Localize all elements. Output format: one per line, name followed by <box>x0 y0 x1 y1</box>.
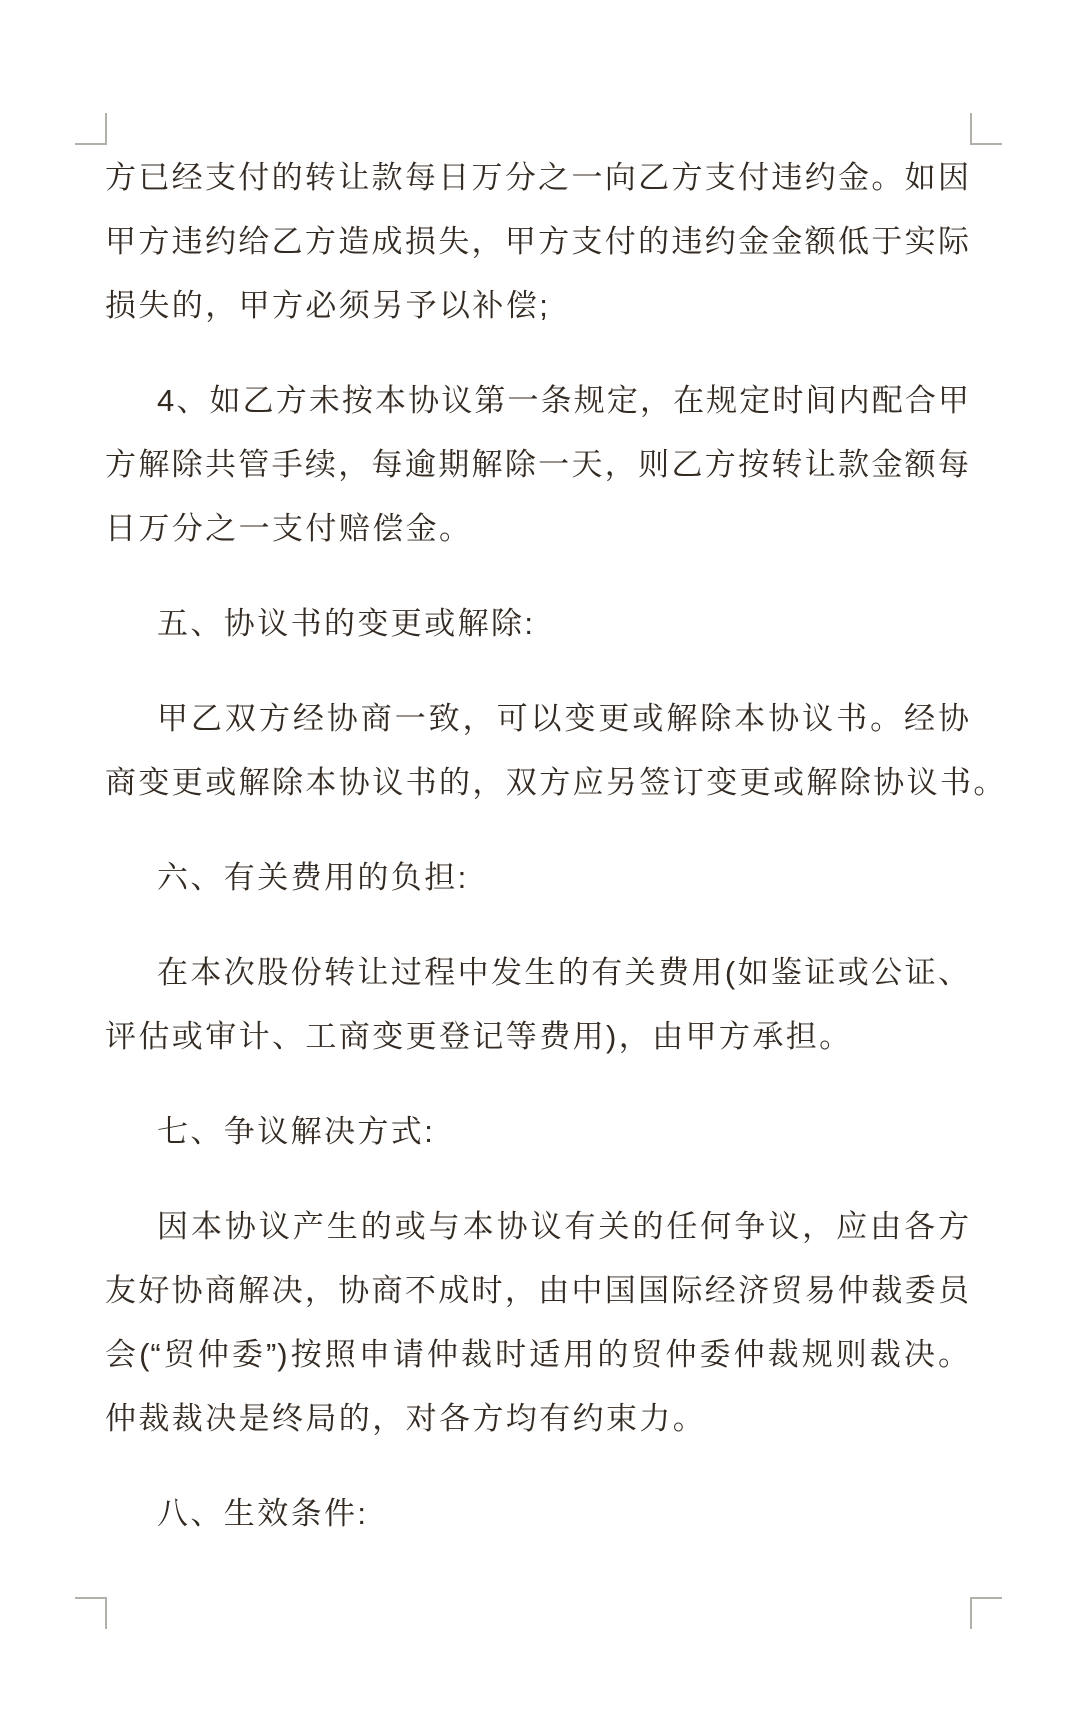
crop-mark-top-right <box>970 113 1002 145</box>
text-line: 商变更或解除本协议书的，双方应另签订变更或解除协议书。 <box>105 751 970 815</box>
text-line: 甲乙双方经协商一致，可以变更或解除本协议书。经协 <box>105 687 970 751</box>
text-line: 六、有关费用的负担: <box>105 846 970 910</box>
text-line: 会(“贸仲委”)按照申请仲裁时适用的贸仲委仲裁规则裁决。 <box>105 1323 970 1387</box>
crop-mark-bottom-right <box>970 1597 1002 1629</box>
text-line: 友好协商解决，协商不成时，由中国国际经济贸易仲裁委员 <box>105 1259 970 1323</box>
paragraph: 方已经支付的转让款每日万分之一向乙方支付违约金。如因甲方违约给乙方造成损失，甲方… <box>105 146 970 338</box>
text-line: 仲裁裁决是终局的，对各方均有约束力。 <box>105 1387 970 1451</box>
text-line: 七、争议解决方式: <box>105 1100 970 1164</box>
text-line: 八、生效条件: <box>105 1482 970 1546</box>
document-page: 方已经支付的转让款每日万分之一向乙方支付违约金。如因甲方违约给乙方造成损失，甲方… <box>0 0 1080 1714</box>
document-body: 方已经支付的转让款每日万分之一向乙方支付违约金。如因甲方违约给乙方造成损失，甲方… <box>105 146 970 1546</box>
paragraph: 六、有关费用的负担: <box>105 846 970 910</box>
text-line: 因本协议产生的或与本协议有关的任何争议，应由各方 <box>105 1195 970 1259</box>
paragraph: 4、如乙方未按本协议第一条规定，在规定时间内配合甲方解除共管手续，每逾期解除一天… <box>105 369 970 561</box>
crop-mark-bottom-left <box>75 1597 107 1629</box>
paragraph: 八、生效条件: <box>105 1482 970 1546</box>
paragraph: 因本协议产生的或与本协议有关的任何争议，应由各方友好协商解决，协商不成时，由中国… <box>105 1195 970 1451</box>
text-line: 甲方违约给乙方造成损失，甲方支付的违约金金额低于实际 <box>105 210 970 274</box>
paragraph: 在本次股份转让过程中发生的有关费用(如鉴证或公证、评估或审计、工商变更登记等费用… <box>105 941 970 1069</box>
text-line: 五、协议书的变更或解除: <box>105 592 970 656</box>
text-line: 评估或审计、工商变更登记等费用)，由甲方承担。 <box>105 1005 970 1069</box>
text-line: 方解除共管手续，每逾期解除一天，则乙方按转让款金额每 <box>105 433 970 497</box>
text-line: 4、如乙方未按本协议第一条规定，在规定时间内配合甲 <box>105 369 970 433</box>
crop-mark-top-left <box>75 113 107 145</box>
text-line: 方已经支付的转让款每日万分之一向乙方支付违约金。如因 <box>105 146 970 210</box>
text-line: 损失的，甲方必须另予以补偿; <box>105 274 970 338</box>
text-line: 在本次股份转让过程中发生的有关费用(如鉴证或公证、 <box>105 941 970 1005</box>
paragraph: 七、争议解决方式: <box>105 1100 970 1164</box>
paragraph: 甲乙双方经协商一致，可以变更或解除本协议书。经协商变更或解除本协议书的，双方应另… <box>105 687 970 815</box>
text-line: 日万分之一支付赔偿金。 <box>105 497 970 561</box>
paragraph: 五、协议书的变更或解除: <box>105 592 970 656</box>
